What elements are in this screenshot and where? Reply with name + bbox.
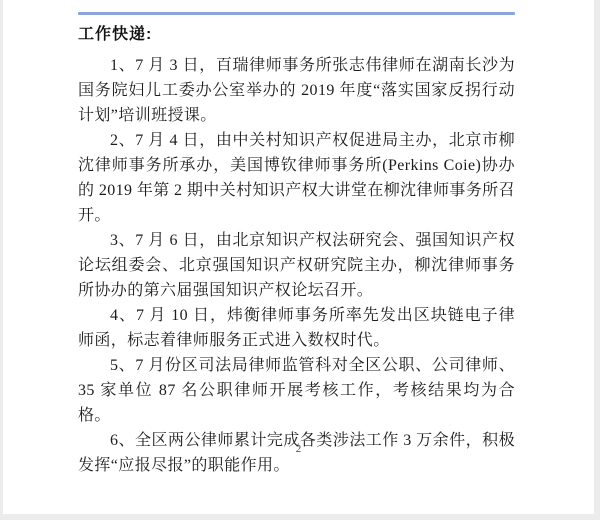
document-page: 工作快递: 1、7 月 3 日，百瑞律师事务所张志伟律师在湖南长沙为国务院妇儿工… [3,0,594,514]
document-body: 工作快递: 1、7 月 3 日，百瑞律师事务所张志伟律师在湖南长沙为国务院妇儿工… [78,25,515,478]
document-paragraph-5: 5、7 月份区司法局律师监管科对全区公职、公司律师、35 家单位 87 名公职律… [78,353,515,428]
page-number: 2 [3,443,594,455]
document-paragraph-4: 4、7 月 10 日，炜衡律师事务所率先发出区块链电子律师函，标志着律师服务正式… [78,303,515,353]
header-rule-line [78,12,515,15]
document-paragraph-3: 3、7 月 6 日，由北京知识产权法研究会、强国知识产权论坛组委会、北京强国知识… [78,228,515,303]
document-paragraph-2: 2、7 月 4 日，由中关村知识产权促进局主办，北京市柳沈律师事务所承办，美国博… [78,128,515,228]
document-paragraph-1: 1、7 月 3 日，百瑞律师事务所张志伟律师在湖南长沙为国务院妇儿工委办公室举办… [78,53,515,128]
section-heading: 工作快递: [78,25,515,45]
document-viewer-canvas: 工作快递: 1、7 月 3 日，百瑞律师事务所张志伟律师在湖南长沙为国务院妇儿工… [0,0,600,520]
